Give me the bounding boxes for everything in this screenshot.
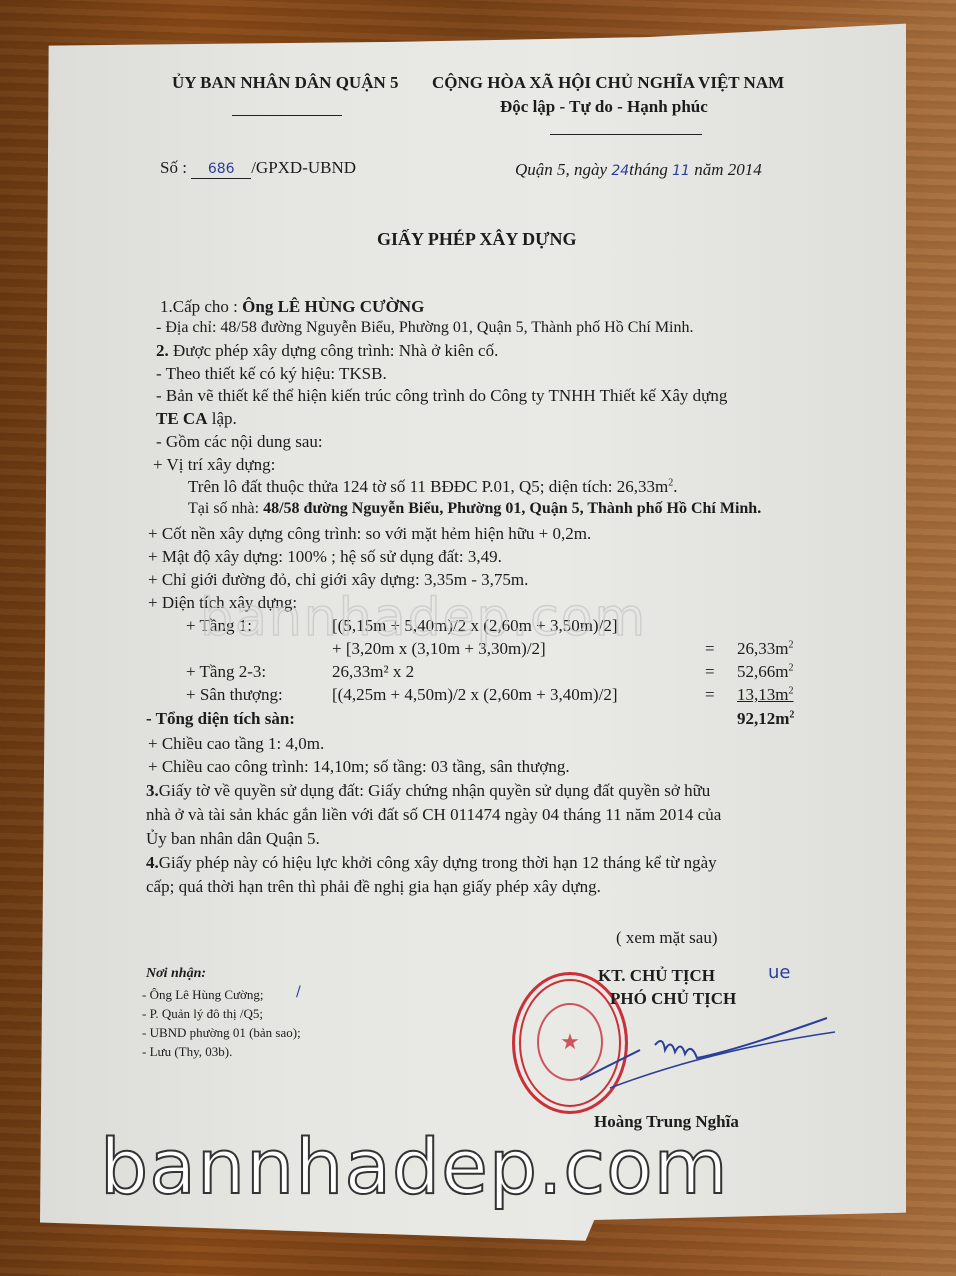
drawing-end: lập. [207,409,236,428]
location-address: Tại số nhà: 48/58 đường Nguyễn Biểu, Phư… [188,500,761,518]
date-year: năm 2014 [694,160,762,179]
value-text: 13,13m [737,685,788,704]
document-number: Số : 686/GPXD-UBND [160,158,356,179]
s2-num: 2. [156,341,169,360]
issue-date: Quận 5, ngày 24tháng 11 năm 2014 [515,160,762,180]
see-back-note: ( xem mặt sau) [616,928,718,948]
area-row-value: 26,33m2 [737,639,793,659]
s4-text: Giấy phép này có hiệu lực khởi công xây … [159,853,717,872]
document-title: GIẤY PHÉP XÂY DỰNG [377,229,577,250]
section-2: 2. Được phép xây dựng công trình: Nhà ở … [156,341,498,361]
lot-text: Trên lô đất thuộc thửa 124 tờ số 11 BĐĐC… [188,477,668,496]
area-row-label: + Tầng 2-3: [186,662,266,682]
section-4-line-1: 4.Giấy phép này có hiệu lực khởi công xâ… [146,853,717,873]
date-month-label: tháng [629,160,668,179]
number-label: Số : [160,158,187,177]
total-text: 92,12m [737,709,789,728]
nation-title: CỘNG HÒA XÃ HỘI CHỦ NGHĨA VIỆT NAM [432,73,784,93]
signature-icon [560,1010,840,1090]
s3-text: Giấy tờ về quyền sử dụng đất: Giấy chứng… [159,781,711,800]
signatory-position: PHÓ CHỦ TỊCH [610,989,736,1009]
divider-right [550,134,702,135]
initials-mark: ue [768,962,790,983]
setback-line: + Chỉ giới đường đỏ, chỉ giới xây dựng: … [148,570,528,590]
design-code-line: - Theo thiết kế có ký hiệu: TKSB. [156,364,387,384]
s1-label: 1.Cấp cho : [160,297,242,316]
includes-line: - Gồm các nội dung sau: [156,432,323,452]
value-text: 26,33m [737,639,788,658]
watermark-overlay: bannhadep.com [200,588,647,648]
recipients-title: Nơi nhận: [146,966,206,982]
drawing-line: - Bản vẽ thiết kế thể hiện kiến trúc côn… [156,386,727,406]
location-label: + Vị trí xây dựng: [153,455,275,475]
section-3-line-3: Ủy ban nhân dân Quận 5. [146,829,320,849]
section-4-line-2: cấp; quá thời hạn trên thì phải đề nghị … [146,877,601,897]
addr-label: Tại số nhà: [188,500,263,517]
number-value: 686 [208,161,235,177]
nation-motto: Độc lập - Tự do - Hạnh phúc [500,97,708,117]
foundation-line: + Cốt nền xây dựng công trình: so với mặ… [148,524,591,544]
checkmark-icon: / [296,984,301,1000]
recipient-item: - P. Quản lý đô thị /Q5; [142,1006,263,1022]
s3-num: 3. [146,781,159,800]
issuing-authority: ỦY BAN NHÂN DÂN QUẬN 5 [172,73,399,93]
date-day: 24 [611,163,629,179]
date-month: 11 [672,163,690,179]
watermark-banner: bannhadep.com [100,1122,729,1211]
area-row-equals: = [705,662,715,682]
address-line: - Địa chỉ: 48/58 đường Nguyễn Biểu, Phườ… [156,319,694,337]
signatory-on-behalf: KT. CHỦ TỊCH [598,966,715,986]
area-row-formula: [(4,25m + 4,50m)/2 x (2,60m + 3,40m)/2] [332,685,617,705]
location-lot: Trên lô đất thuộc thửa 124 tờ số 11 BĐĐC… [188,477,677,497]
floor1-height-line: + Chiều cao tầng 1: 4,0m. [148,734,324,754]
building-height-line: + Chiều cao công trình: 14,10m; số tầng:… [148,757,570,777]
area-row-value: 13,13m2 [737,685,793,705]
total-area-label: - Tổng diện tích sàn: [146,709,295,729]
area-row-label: + Sân thượng: [186,685,283,705]
number-field: 686 [191,158,251,179]
area-row-equals: = [705,685,715,705]
section-3-line-1: 3.Giấy tờ về quyền sử dụng đất: Giấy chứ… [146,781,710,801]
area-row-equals: = [705,639,715,659]
drawing-company-line: TE CA lập. [156,409,237,429]
area-row-formula: 26,33m² x 2 [332,662,414,682]
section-3-line-2: nhà ở và tài sản khác gắn liền với đất s… [146,805,721,825]
density-line: + Mật độ xây dựng: 100% ; hệ số sử dụng … [148,547,502,567]
number-suffix: /GPXD-UBND [251,158,356,177]
area-row-value: 52,66m2 [737,662,793,682]
recipient-item: - Ông Lê Hùng Cường; [142,987,264,1003]
divider-left [232,115,342,116]
recipient-item: - UBND phường 01 (bản sao); [142,1025,301,1041]
recipient-item: - Lưu (Thy, 03b). [142,1044,232,1060]
total-area-value: 92,12m2 [737,709,794,729]
date-prefix: Quận 5, ngày [515,160,607,179]
value-text: 52,66m [737,662,788,681]
s4-num: 4. [146,853,159,872]
permit-holder-name: Ông LÊ HÙNG CƯỜNG [242,297,424,316]
s2-text: Được phép xây dựng công trình: Nhà ở kiê… [169,341,499,360]
company-name: TE CA [156,409,207,428]
section-1-recipient: 1.Cấp cho : Ông LÊ HÙNG CƯỜNG [160,297,424,317]
addr-value: 48/58 đường Nguyễn Biểu, Phường 01, Quận… [263,500,761,517]
